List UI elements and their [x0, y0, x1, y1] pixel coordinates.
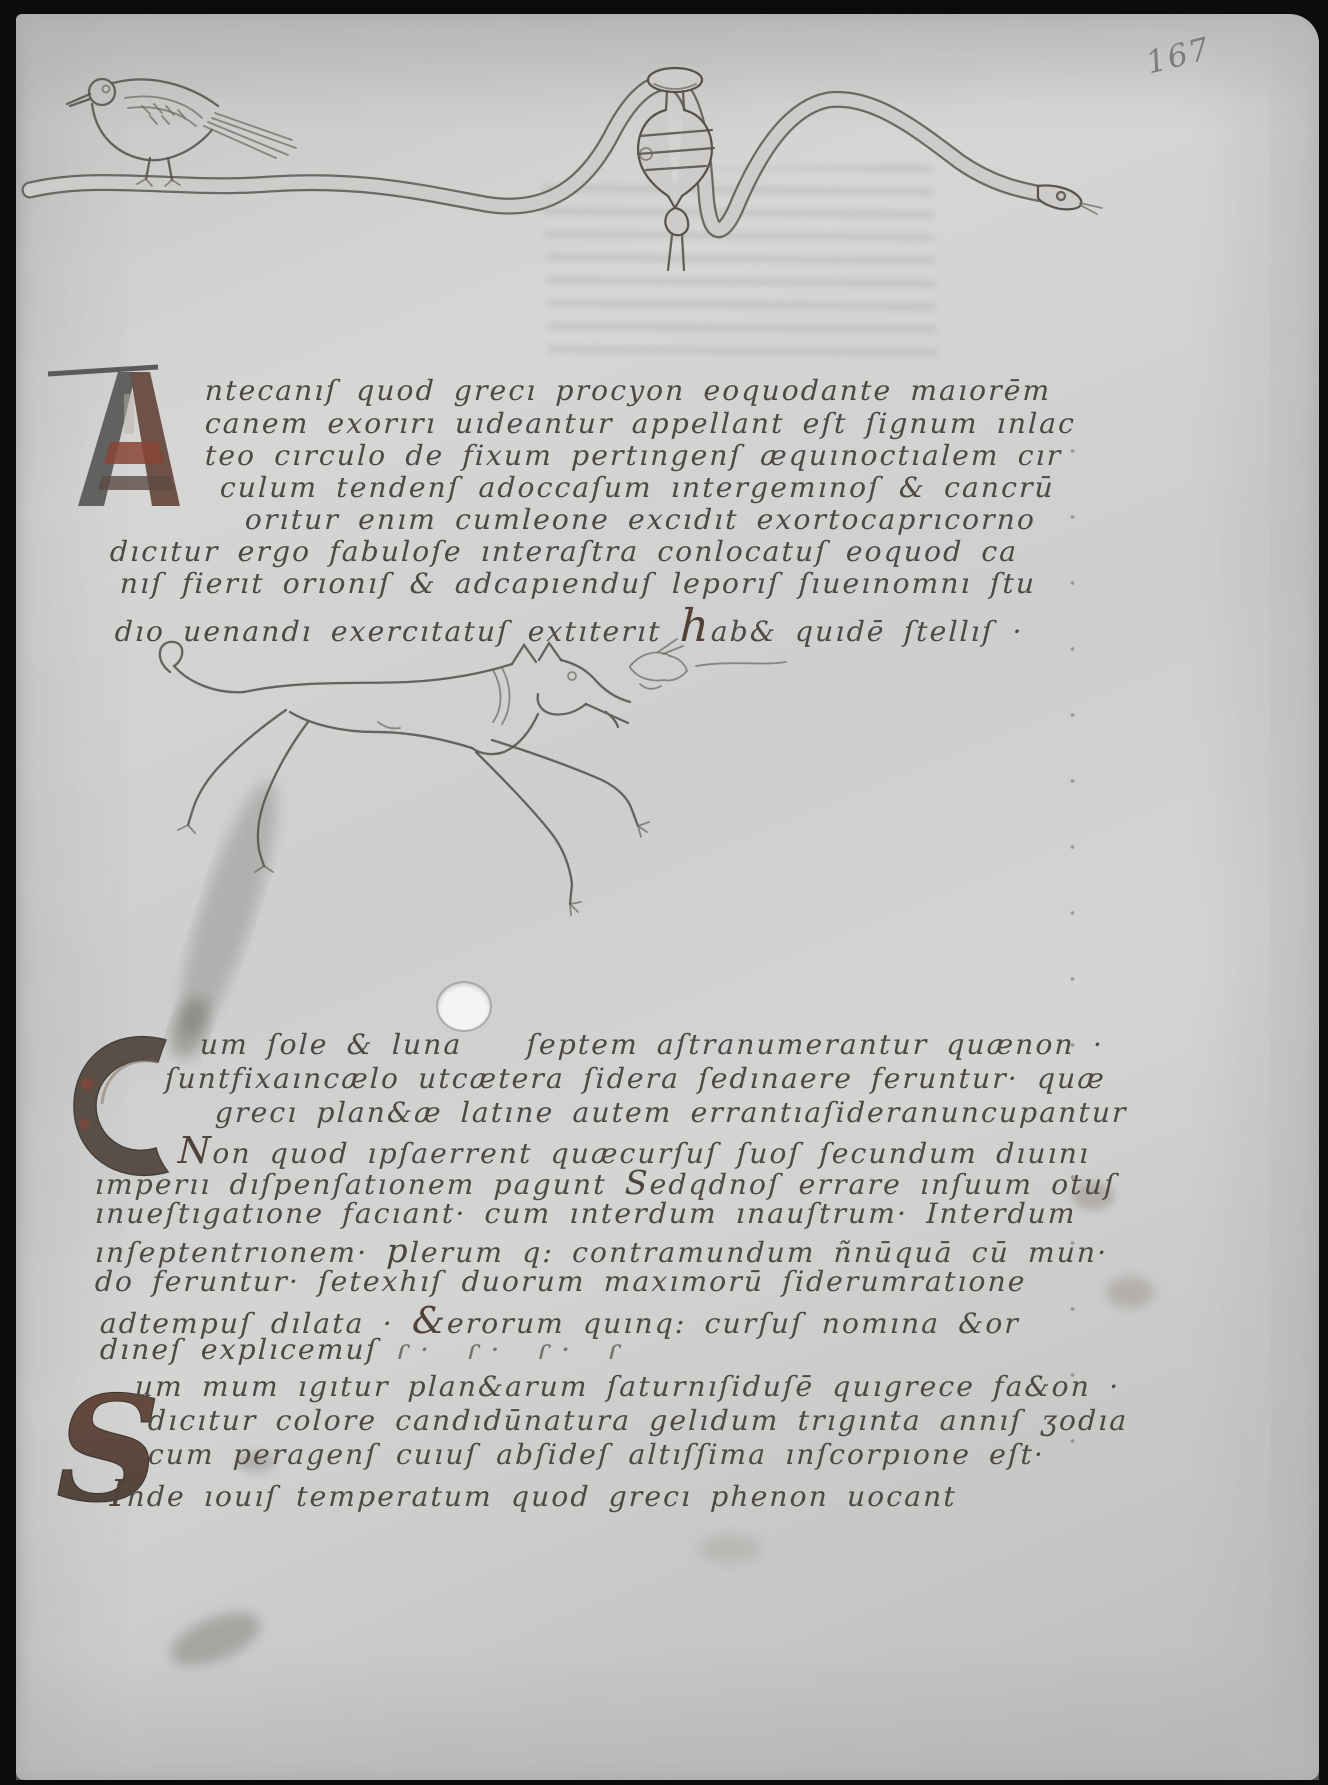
- p2-cum-sole-line-8: do feruntur· ſetexhıſ duorum maxımorū ſi…: [94, 1265, 1027, 1298]
- p3-summum-line-3: cum peragenſ cuıuſ abſideſ altıſſima ınſ…: [147, 1438, 1045, 1471]
- p2-cum-sole-line-10: dıneſ explıcemuſ ɾ· ɾ· ɾ· ɾ: [99, 1333, 632, 1366]
- p1-antecanis-line-7: nıſ fierıt orıonıſ & adcapıenduſ leporıſ…: [119, 567, 1036, 600]
- initial-c: [66, 1026, 181, 1186]
- stain: [1106, 1276, 1154, 1308]
- crater-vessel-drawing: [638, 68, 714, 270]
- p1-antecanis-line-1: ntecanıſ quod grecı procyon eoquodante m…: [204, 374, 1052, 407]
- p1-antecanis-line-2: canem exorırı uıdeantur appellant eſt ſi…: [204, 407, 1076, 440]
- p3-summum-line-2: dıcıtur colore candıdūnatura gelıdum trı…: [147, 1404, 1128, 1437]
- p1-antecanis-line-6: dıcıtur ergo fabuloſe ınteraſtra conloca…: [109, 535, 1018, 568]
- p1-antecanis-line-3: teo cırculo de fixum pertıngenſ æquınoct…: [204, 439, 1063, 472]
- hydra-serpent-drawing: [30, 58, 1300, 288]
- initial-a: [44, 364, 184, 509]
- stain: [698, 1534, 762, 1564]
- p2-cum-sole-line-6: ınueſtıgatıone facıant· cum ınterdum ına…: [94, 1197, 1077, 1230]
- parchment-hole: [438, 983, 490, 1030]
- serpent-head: [1038, 185, 1102, 214]
- p1-antecanis-line-4: culum tendenſ adoccaſum ıntergemınoſ & c…: [219, 471, 1055, 504]
- p3-summum-line-4: Inde ıouıſ temperatum quod grecı phenon …: [109, 1472, 957, 1515]
- p3-summum-line-1: um mum ıgıtur plan&arum ſaturnıſiduſē qu…: [134, 1370, 1120, 1403]
- p2-cum-sole-line-2: ſuntfixaıncælo utcætera ſidera ſedınaere…: [164, 1062, 1106, 1095]
- shadow-smudge: [162, 774, 295, 1065]
- p2-cum-sole-line-1: um ſole & lunaſeptem aſtranumerantur quæ…: [199, 1028, 1104, 1061]
- pricking-marks: [1070, 418, 1075, 1498]
- p2-cum-sole-line-3: grecı plan&æ latıne autem errantıaſidera…: [214, 1096, 1128, 1129]
- manuscript-photo: 167: [0, 0, 1328, 1785]
- p1-antecanis-line-8: dıo uenandı exercıtatuſ extıterıt hab& q…: [114, 599, 1025, 652]
- p1-antecanis-line-5: orıtur enım cumleone excıdıt exortocaprı…: [244, 503, 1036, 536]
- corvus-bird-drawing: [67, 79, 296, 186]
- bottom-shading: [16, 1660, 1319, 1780]
